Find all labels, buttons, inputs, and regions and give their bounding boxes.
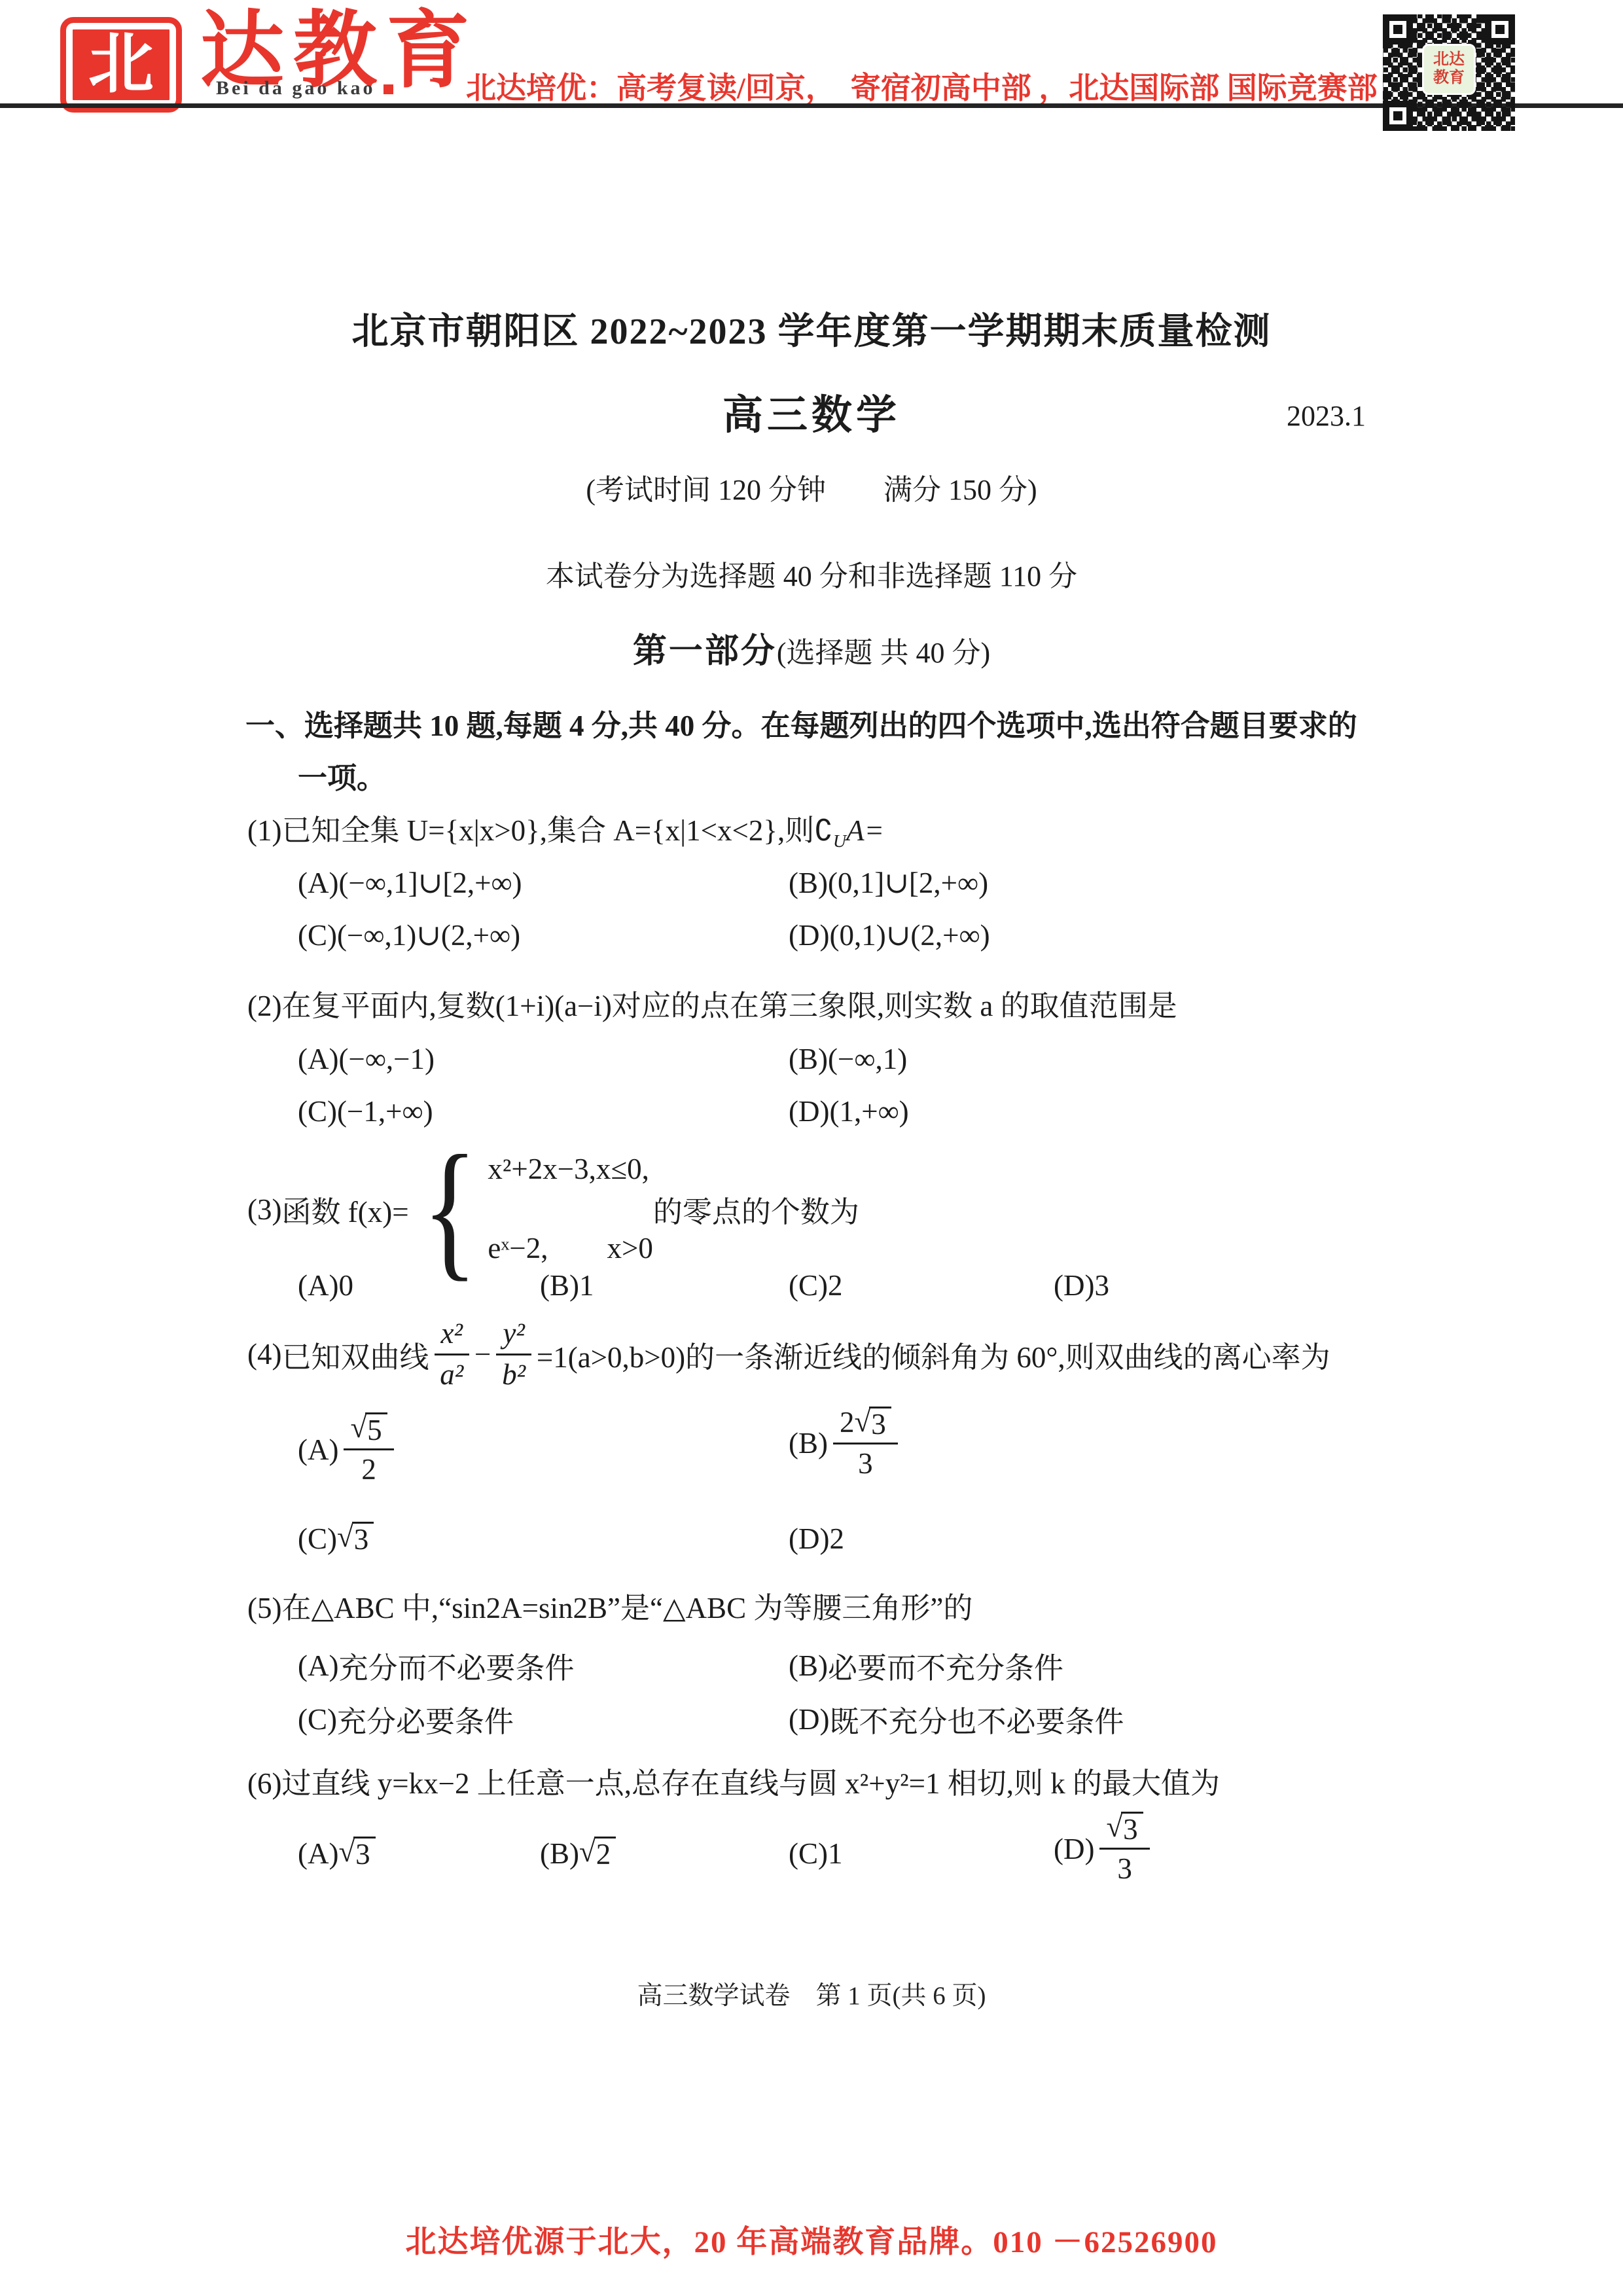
brand-seal-logo: 北 — [60, 17, 182, 113]
q1-stem: (1)已知全集 U={x|x>0},集合 A={x|1<x<2},则∁UA= — [247, 806, 884, 852]
piecewise-case-1: x²+2x−3,x≤0, — [488, 1152, 653, 1186]
q3-option-b: (B)1 — [540, 1268, 594, 1302]
exam-duration-score: (考试时间 120 分钟 满分 150 分) — [0, 466, 1623, 508]
piecewise-case-2: eˣ−2, x>0 — [488, 1224, 653, 1266]
q5-stem: (5)在△ABC 中,“sin2A=sin2B”是“△ABC 为等腰三角形”的 — [247, 1584, 972, 1626]
radical: √5 — [350, 1412, 387, 1446]
radical: √3 — [855, 1407, 891, 1440]
radical: √2 — [579, 1837, 616, 1870]
brand-pinyin: Bei da gao kao — [216, 77, 393, 99]
q4-option-b: (B) 2√3 3 — [789, 1406, 903, 1481]
qr-center-logo: 北达 教育 — [1422, 44, 1476, 95]
radical: √3 — [338, 1837, 375, 1870]
fraction: √3 3 — [1099, 1812, 1149, 1886]
q3-stem: (3)函数 f(x)= { x²+2x−3,x≤0, eˣ−2, x>0 的零点… — [247, 1140, 859, 1279]
q3-option-a: (A)0 — [298, 1268, 353, 1302]
fraction: √5 2 — [344, 1412, 393, 1487]
qr-code: 北达 教育 — [1383, 14, 1515, 131]
bottom-banner: 北达培优源于北大，20 年高端教育品牌。010 －62526900 — [0, 2217, 1623, 2261]
header-divider — [0, 103, 1623, 108]
q5-option-b: (B)必要而不充分条件 — [789, 1644, 1063, 1687]
subject-title: 高三数学 — [0, 382, 1623, 440]
q4-option-c: (C) √3 — [298, 1522, 374, 1556]
q2-option-d: (D)(1,+∞) — [789, 1094, 909, 1128]
q1-option-a: (A)(−∞,1]∪[2,+∞) — [298, 865, 522, 900]
instruction-line-2: 一项。 — [298, 754, 386, 797]
qr-finder-icon — [1383, 101, 1413, 131]
q5-option-c: (C)充分必要条件 — [298, 1698, 514, 1740]
q5-option-a: (A)充分而不必要条件 — [298, 1644, 574, 1687]
fraction-x2-a2: x² a² — [435, 1317, 469, 1392]
red-square-icon — [383, 84, 393, 94]
radical: √3 — [337, 1522, 374, 1555]
q3-option-d: (D)3 — [1054, 1268, 1109, 1302]
part1-title: 第一部分 — [633, 633, 777, 670]
qr-finder-icon — [1383, 14, 1413, 45]
q2-option-a: (A)(−∞,−1) — [298, 1042, 435, 1076]
brand-seal-char: 北 — [88, 32, 154, 98]
q1-option-c: (C)(−∞,1)∪(2,+∞) — [298, 918, 520, 952]
exam-title: 北京市朝阳区 2022~2023 学年度第一学期期末质量检测 — [0, 302, 1623, 355]
q2-option-b: (B)(−∞,1) — [789, 1042, 907, 1076]
q2-option-c: (C)(−1,+∞) — [298, 1094, 433, 1128]
exam-date: 2023.1 — [1287, 399, 1366, 433]
q6-option-b: (B) √2 — [540, 1837, 616, 1871]
exam-paper-page: 北 达教育 Bei da gao kao 北达培优：高考复读/回京， 寄宿初高中… — [0, 0, 1623, 2296]
fraction: 2√3 3 — [833, 1406, 898, 1481]
header-tagline: 北达培优：高考复读/回京， 寄宿初高中部 ，北达国际部 国际竞赛部 — [466, 64, 1378, 107]
piecewise-brace: { — [422, 1140, 478, 1279]
part1-heading: 第一部分(选择题 共 40 分) — [0, 623, 1623, 672]
fraction-y2-b2: y² b² — [496, 1317, 531, 1392]
piecewise-cases: x²+2x−3,x≤0, eˣ−2, x>0 — [488, 1152, 653, 1266]
q4-option-d: (D)2 — [789, 1522, 844, 1556]
q6-option-c: (C)1 — [789, 1837, 843, 1871]
q1-option-d: (D)(0,1)∪(2,+∞) — [789, 918, 990, 952]
complement-subscript: U — [833, 831, 846, 852]
q4-option-a: (A) √5 2 — [298, 1412, 399, 1487]
q5-option-d: (D)既不充分也不必要条件 — [789, 1698, 1124, 1740]
page-footer: 高三数学试卷 第 1 页(共 6 页) — [0, 1975, 1623, 2012]
q6-stem: (6)过直线 y=kx−2 上任意一点,总存在直线与圆 x²+y²=1 相切,则… — [247, 1759, 1220, 1802]
q2-stem: (2)在复平面内,复数(1+i)(a−i)对应的点在第三象限,则实数 a 的取值… — [247, 982, 1177, 1024]
qr-finder-icon — [1485, 14, 1515, 45]
paper-split-note: 本试卷分为选择题 40 分和非选择题 110 分 — [0, 552, 1623, 594]
instruction-line-1: 一、选择题共 10 题,每题 4 分,共 40 分。在每题列出的四个选项中,选出… — [245, 702, 1357, 744]
part1-subtitle: (选择题 共 40 分) — [777, 637, 990, 669]
q4-stem: (4)已知双曲线 x² a² − y² b² =1(a>0,b>0)的一条渐近线… — [247, 1317, 1330, 1392]
q1-option-b: (B)(0,1]∪[2,+∞) — [789, 865, 988, 900]
q6-option-a: (A) √3 — [298, 1837, 376, 1871]
q3-option-c: (C)2 — [789, 1268, 843, 1302]
q6-option-d: (D) √3 3 — [1054, 1812, 1155, 1886]
radical: √3 — [1106, 1812, 1143, 1845]
